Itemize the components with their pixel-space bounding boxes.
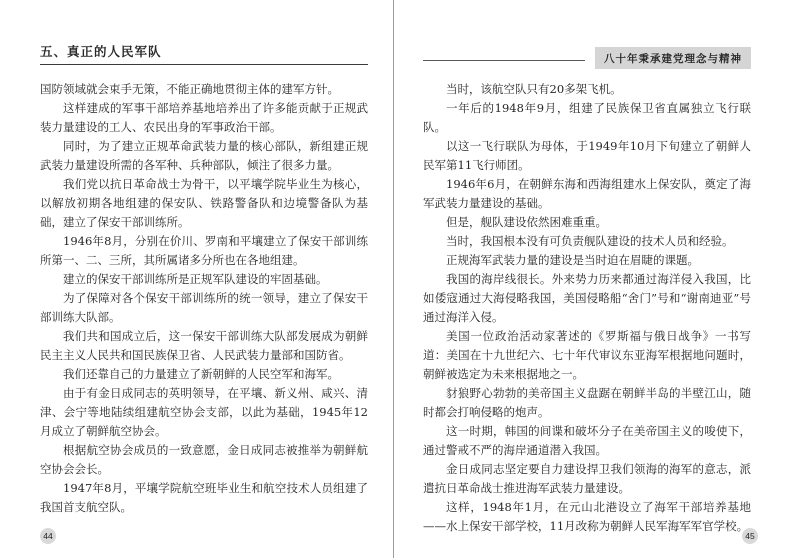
book-spread: 五、真正的人民军队 国防领域就会束手无策，不能正确地贯彻主体的建军方针。 这样建… bbox=[0, 0, 787, 558]
paragraph: 这一时期，韩国的间谍和破坏分子在美帝国主义的唆使下，通过警戒不严的海岸通道潜入我… bbox=[423, 422, 751, 460]
page-number-left: 44 bbox=[40, 528, 56, 544]
paragraph: 1946年6月，在朝鲜东海和西海组建水上保安队，奠定了海军武装力量建设的基础。 bbox=[423, 175, 751, 213]
paragraph: 但是，舰队建设依然困难重重。 bbox=[423, 213, 751, 232]
header-rule bbox=[423, 60, 585, 61]
paragraph: 建立的保安干部训练所是正规军队建设的牢固基础。 bbox=[40, 270, 368, 289]
paragraph: 我们党以抗日革命战士为骨干，以平壤学院毕业生为核心，以解放初期各地组建的保安队、… bbox=[40, 175, 368, 232]
paragraph: 1946年8月，分别在价川、罗南和平壤建立了保安干部训练所第一、二、三所，其所属… bbox=[40, 232, 368, 270]
page-number-right: 45 bbox=[742, 528, 758, 544]
paragraph: 我们还靠自己的力量建立了新朝鲜的人民空军和海军。 bbox=[40, 365, 368, 384]
paragraph: 由于有金日成同志的英明领导，在平壤、新义州、咸兴、清津、会宁等地陆续组建航空协会… bbox=[40, 384, 368, 441]
left-page-body: 国防领域就会束手无策，不能正确地贯彻主体的建军方针。 这样建成的军事干部培养基地… bbox=[40, 80, 368, 517]
paragraph: 正规海军武装力量的建设是当时迫在眉睫的课题。 bbox=[423, 251, 751, 270]
paragraph: 金日成同志坚定要自力建设捍卫我们领海的海军的意志，派遣抗日革命战士推进海军武装力… bbox=[423, 460, 751, 498]
paragraph: 为了保障对各个保安干部训练所的统一领导，建立了保安干部训练大队部。 bbox=[40, 289, 368, 327]
left-page: 五、真正的人民军队 国防领域就会束手无策，不能正确地贯彻主体的建军方针。 这样建… bbox=[40, 0, 368, 517]
paragraph: 一年后的1948年9月，组建了民族保卫省直属独立飞行联队。 bbox=[423, 99, 751, 137]
running-head-tag: 八十年秉承建党理念与精神 bbox=[595, 47, 751, 69]
paragraph: 这样建成的军事干部培养基地培养出了许多能贡献于正规武装力量建设的工人、农民出身的… bbox=[40, 99, 368, 137]
paragraph: 这样，1948年1月，在元山北港设立了海军干部培养基地——水上保安干部学校，11… bbox=[423, 498, 751, 536]
page-gutter-divider bbox=[393, 0, 394, 558]
paragraph: 豺狼野心勃勃的美帝国主义盘踞在朝鲜半岛的半壁江山，随时都会打响侵略的炮声。 bbox=[423, 384, 751, 422]
right-page-body: 当时，该航空队只有20多架飞机。 一年后的1948年9月，组建了民族保卫省直属独… bbox=[423, 80, 751, 536]
chapter-title: 五、真正的人民军队 bbox=[40, 44, 162, 59]
paragraph: 我们共和国成立后，这一保安干部训练大队部发展成为朝鲜民主主义人民共和国民族保卫省… bbox=[40, 327, 368, 365]
right-page-header: 八十年秉承建党理念与精神 bbox=[423, 47, 751, 65]
paragraph: 我国的海岸线很长。外来势力历来都通过海洋侵入我国，比如倭寇通过大海侵略我国，美国… bbox=[423, 270, 751, 327]
left-page-header: 五、真正的人民军队 bbox=[40, 45, 368, 65]
paragraph: 以这一飞行联队为母体，于1949年10月下旬建立了朝鲜人民军第11飞行师团。 bbox=[423, 137, 751, 175]
paragraph: 当时，该航空队只有20多架飞机。 bbox=[423, 80, 751, 99]
paragraph: 1947年8月，平壤学院航空班毕业生和航空技术人员组建了我国首支航空队。 bbox=[40, 479, 368, 517]
paragraph: 根据航空协会成员的一致意愿，金日成同志被推举为朝鲜航空协会会长。 bbox=[40, 441, 368, 479]
paragraph: 国防领域就会束手无策，不能正确地贯彻主体的建军方针。 bbox=[40, 80, 368, 99]
paragraph: 同时，为了建立正规革命武装力量的核心部队，新组建正规武装力量建设所需的各军种、兵… bbox=[40, 137, 368, 175]
paragraph: 当时，我国根本没有可负责舰队建设的技术人员和经验。 bbox=[423, 232, 751, 251]
right-page: 八十年秉承建党理念与精神 当时，该航空队只有20多架飞机。 一年后的1948年9… bbox=[423, 0, 751, 536]
paragraph: 美国一位政治活动家著述的《罗斯福与俄日战争》一书写道：美国在十九世纪六、七十年代… bbox=[423, 327, 751, 384]
